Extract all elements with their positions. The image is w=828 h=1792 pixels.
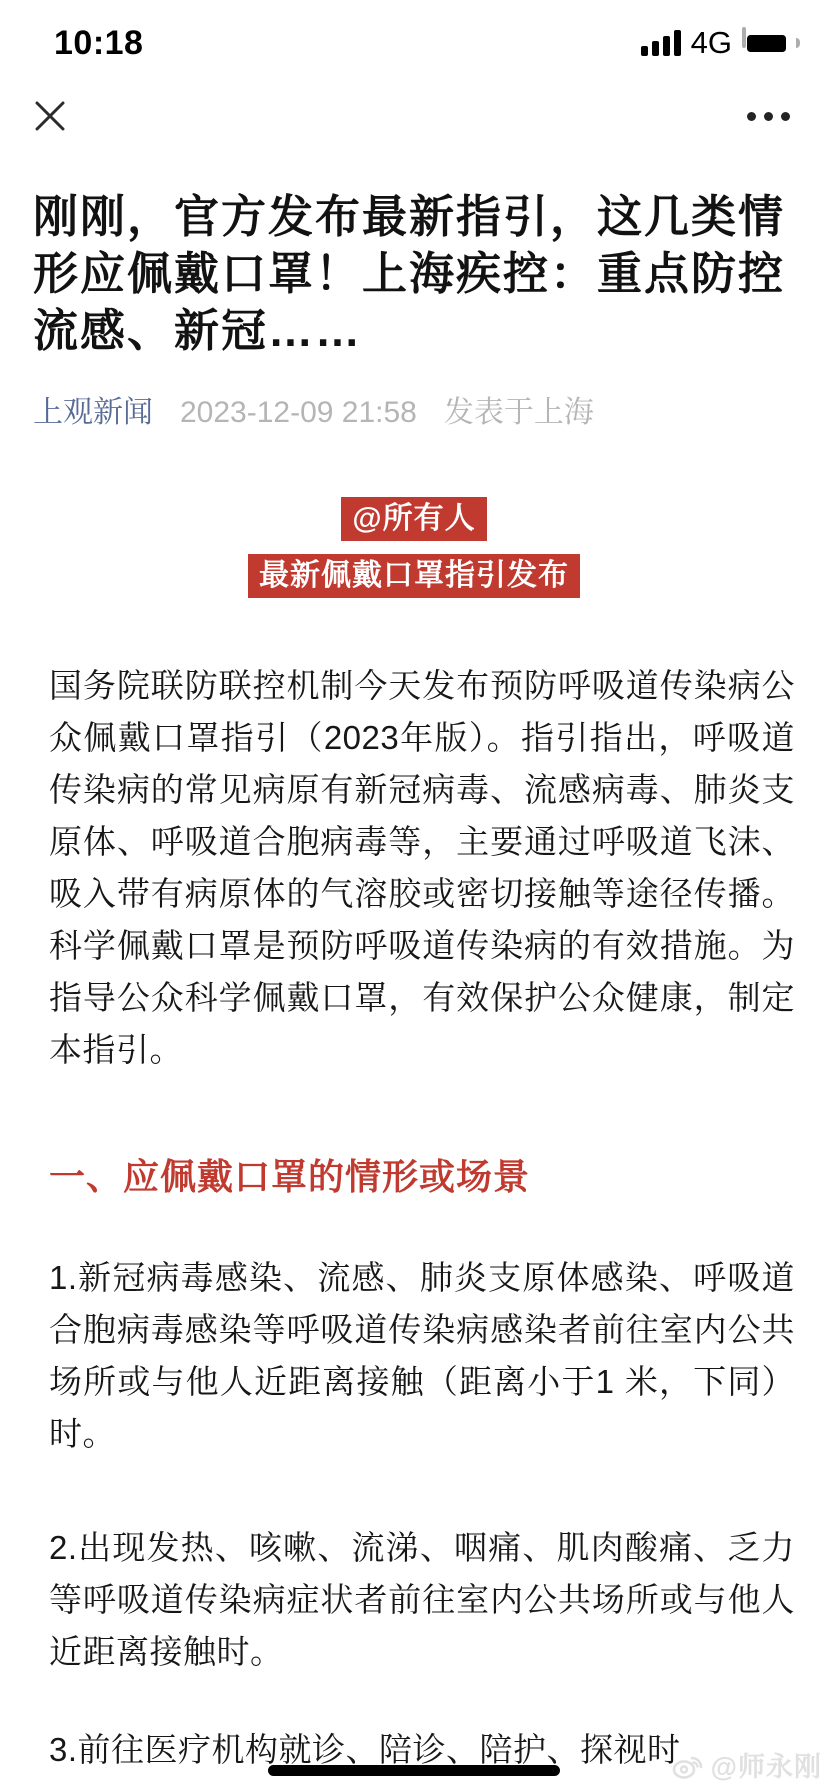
article-content: 刚刚，官方发布最新指引，这几类情形应佩戴口罩！上海疾控：重点防控流感、新冠…… …	[0, 188, 828, 1776]
badge-at-everyone: @所有人	[341, 497, 486, 541]
signal-bar-2	[652, 41, 659, 56]
ellipsis-icon	[764, 112, 773, 121]
publish-timestamp: 2023-12-09 21:58	[180, 396, 417, 430]
author-link[interactable]: 上观新闻	[33, 387, 153, 431]
signal-bar-4	[674, 30, 681, 56]
status-time: 10:18	[54, 24, 143, 63]
battery-nub	[796, 38, 800, 48]
weibo-watermark: @师永刚	[672, 1745, 822, 1784]
highlight-badges: @所有人 最新佩戴口罩指引发布	[33, 497, 795, 598]
signal-bar-3	[663, 36, 670, 56]
paragraph-item-1: 1.新冠病毒感染、流感、肺炎支原体感染、呼吸道合胞病毒感染等呼吸道传染病感染者前…	[33, 1252, 795, 1460]
publish-location: 发表于上海	[444, 387, 594, 431]
section-heading-1: 一、应佩戴口罩的情形或场景	[33, 1152, 795, 1202]
status-indicators: 4G	[641, 25, 802, 61]
paragraph-intro: 国务院联防联控机制今天发布预防呼吸道传染病公众佩戴口罩指引（2023年版）。指引…	[33, 660, 795, 1076]
close-icon	[32, 98, 68, 134]
network-type-label: 4G	[691, 25, 732, 61]
ellipsis-icon	[747, 112, 756, 121]
paragraph-item-2: 2.出现发热、咳嗽、流涕、咽痛、肌肉酸痛、乏力等呼吸道传染病症状者前往室内公共场…	[33, 1522, 795, 1678]
more-menu-button[interactable]	[747, 102, 790, 131]
ellipsis-icon	[781, 112, 790, 121]
nav-bar	[0, 64, 828, 142]
watermark-handle: @师永刚	[711, 1745, 822, 1784]
signal-bar-1	[641, 46, 648, 56]
battery-fill	[747, 35, 786, 52]
status-bar: 10:18 4G	[0, 0, 828, 64]
close-button[interactable]	[30, 96, 70, 136]
home-indicator[interactable]	[268, 1765, 560, 1776]
article-page: 10:18 4G	[0, 0, 828, 1792]
badge-guideline-release: 最新佩戴口罩指引发布	[248, 554, 580, 598]
battery-shell	[742, 27, 746, 48]
weibo-icon	[672, 1750, 706, 1780]
article-title: 刚刚，官方发布最新指引，这几类情形应佩戴口罩！上海疾控：重点防控流感、新冠……	[33, 188, 795, 359]
cellular-signal-icon	[641, 30, 681, 56]
battery-icon	[742, 29, 802, 57]
article-byline: 上观新闻 2023-12-09 21:58 发表于上海	[33, 387, 795, 431]
